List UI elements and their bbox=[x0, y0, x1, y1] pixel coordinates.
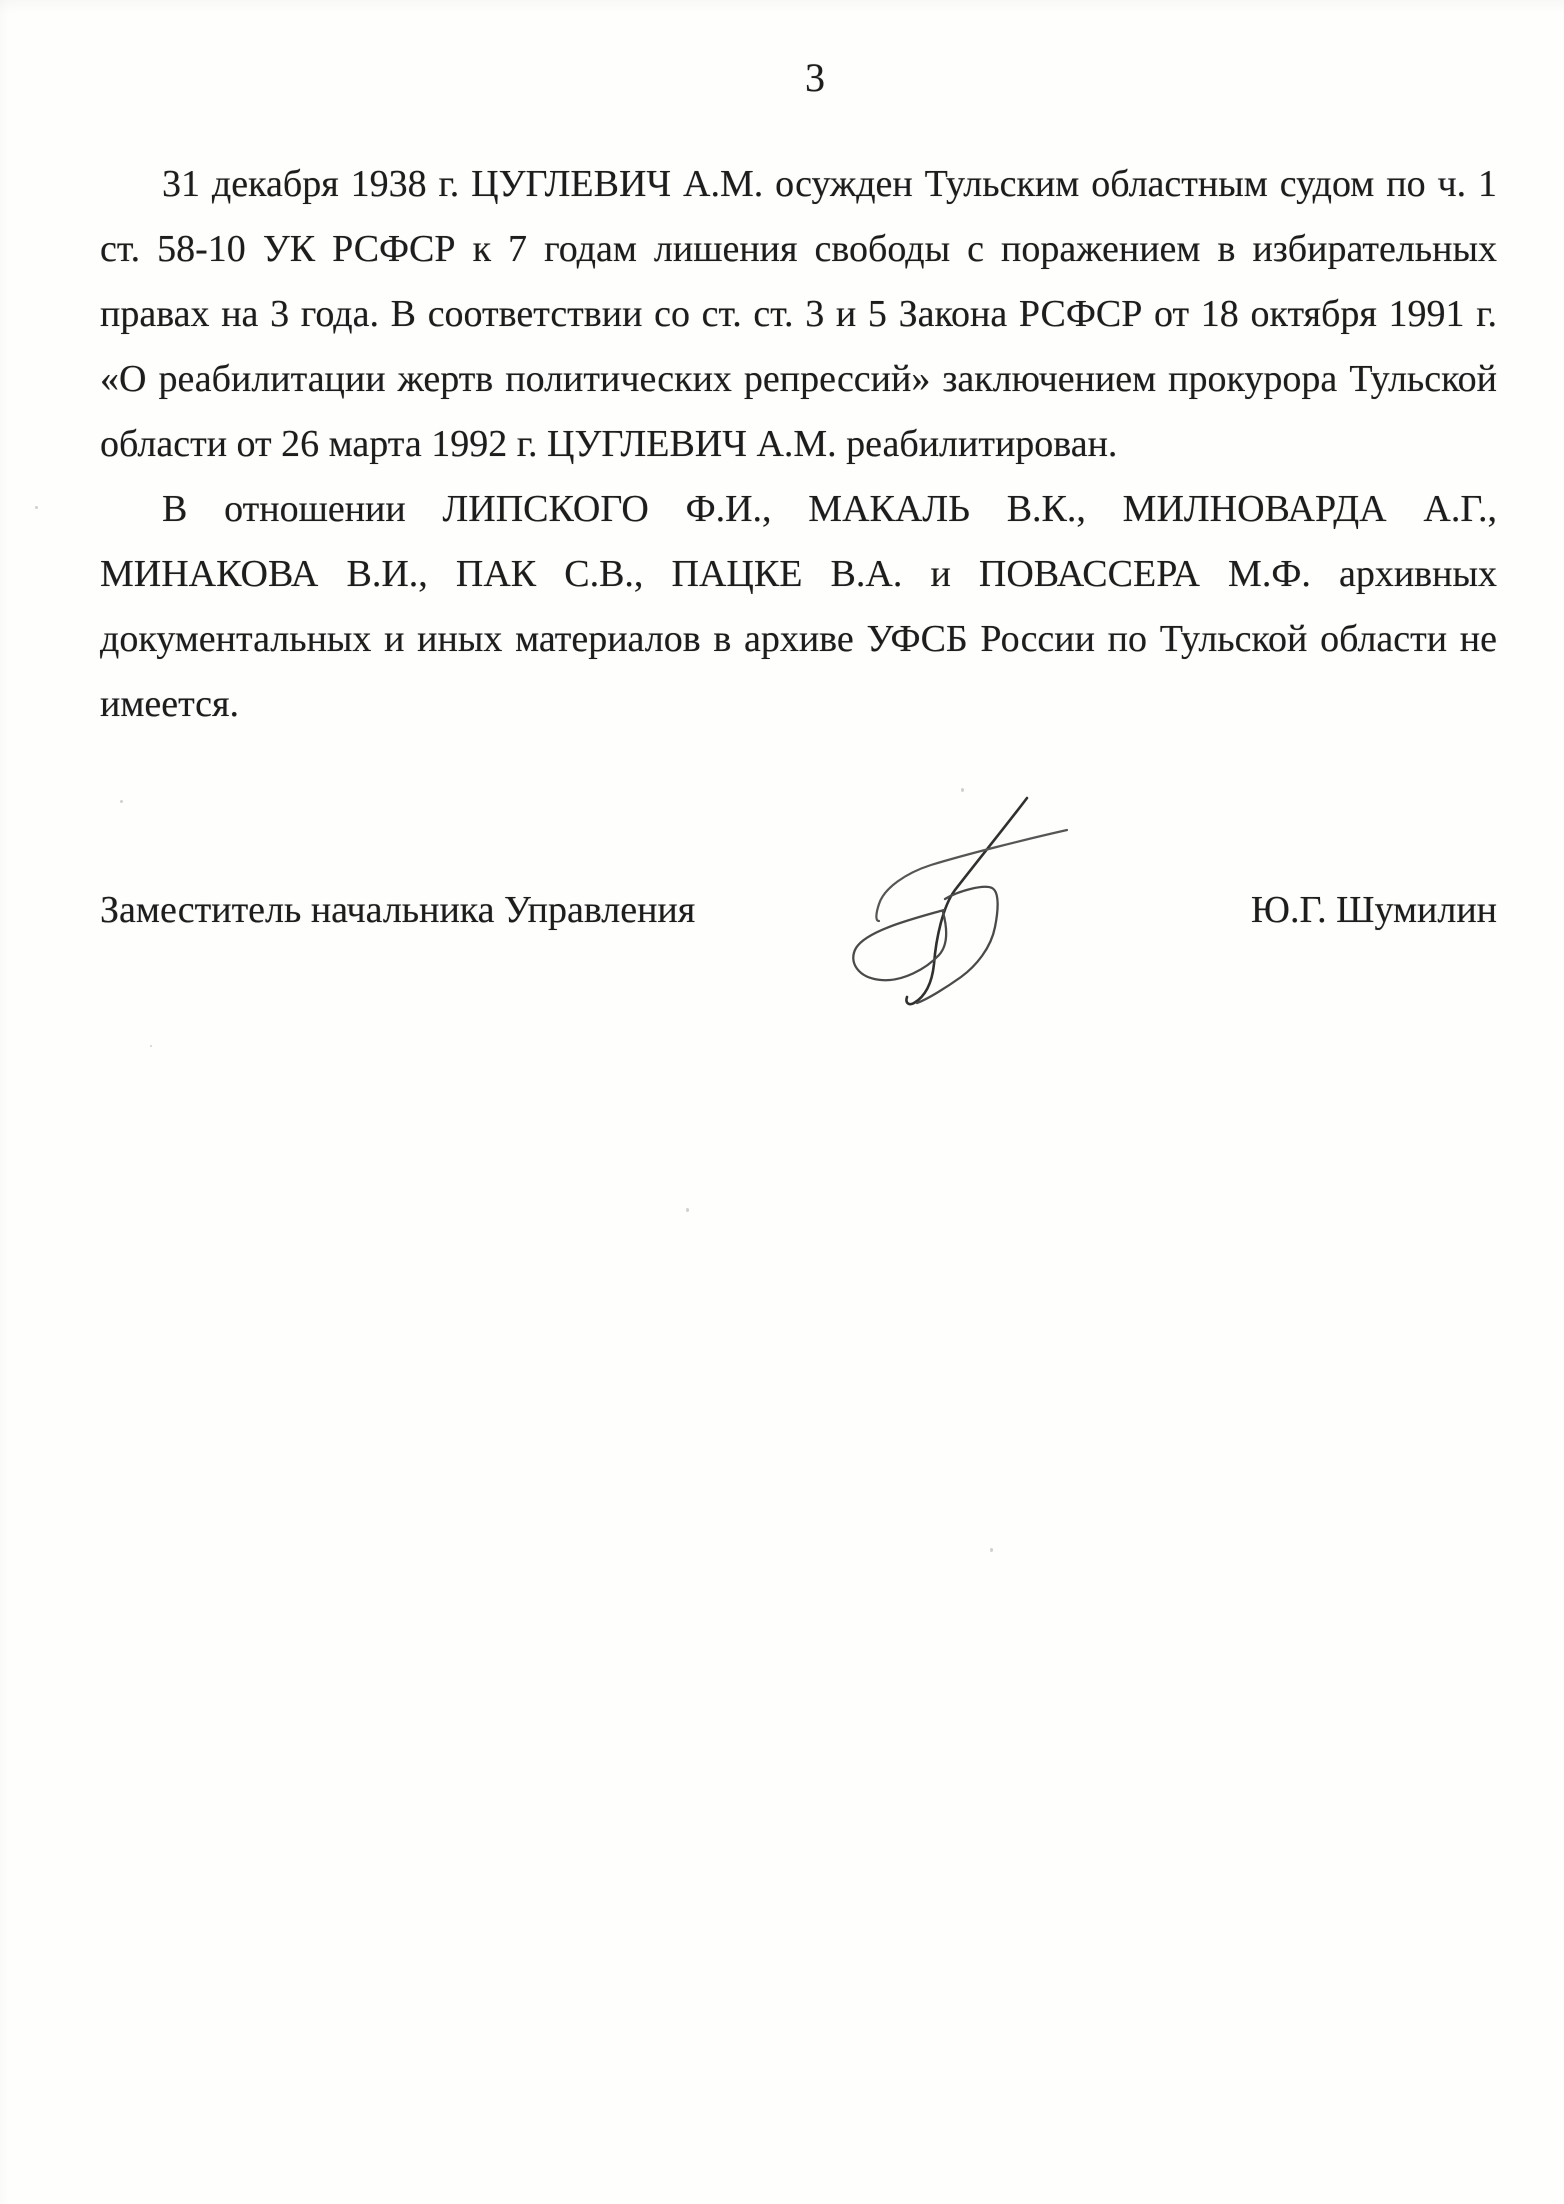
scan-speck bbox=[120, 800, 123, 803]
signature-title: Заместитель начальника Управления bbox=[100, 878, 695, 943]
scan-speck bbox=[150, 1045, 152, 1047]
document-body: 31 декабря 1938 г. ЦУГЛЕВИЧ А.М. осужден… bbox=[100, 152, 1497, 737]
scan-speck bbox=[35, 506, 38, 509]
signer-name: Ю.Г. Шумилин bbox=[1251, 878, 1497, 943]
document-page: 3 31 декабря 1938 г. ЦУГЛЕВИЧ А.М. осужд… bbox=[0, 0, 1564, 2204]
scan-speck bbox=[990, 1548, 993, 1552]
scan-speck bbox=[686, 1208, 689, 1212]
signature-block: Заместитель начальника Управления Ю.Г. Ш… bbox=[100, 878, 1497, 943]
paragraph-conviction: 31 декабря 1938 г. ЦУГЛЕВИЧ А.М. осужден… bbox=[100, 152, 1497, 477]
page-number: 3 bbox=[100, 52, 1530, 104]
paragraph-no-records: В отношении ЛИПСКОГО Ф.И., МАКАЛЬ В.К., … bbox=[100, 477, 1497, 737]
